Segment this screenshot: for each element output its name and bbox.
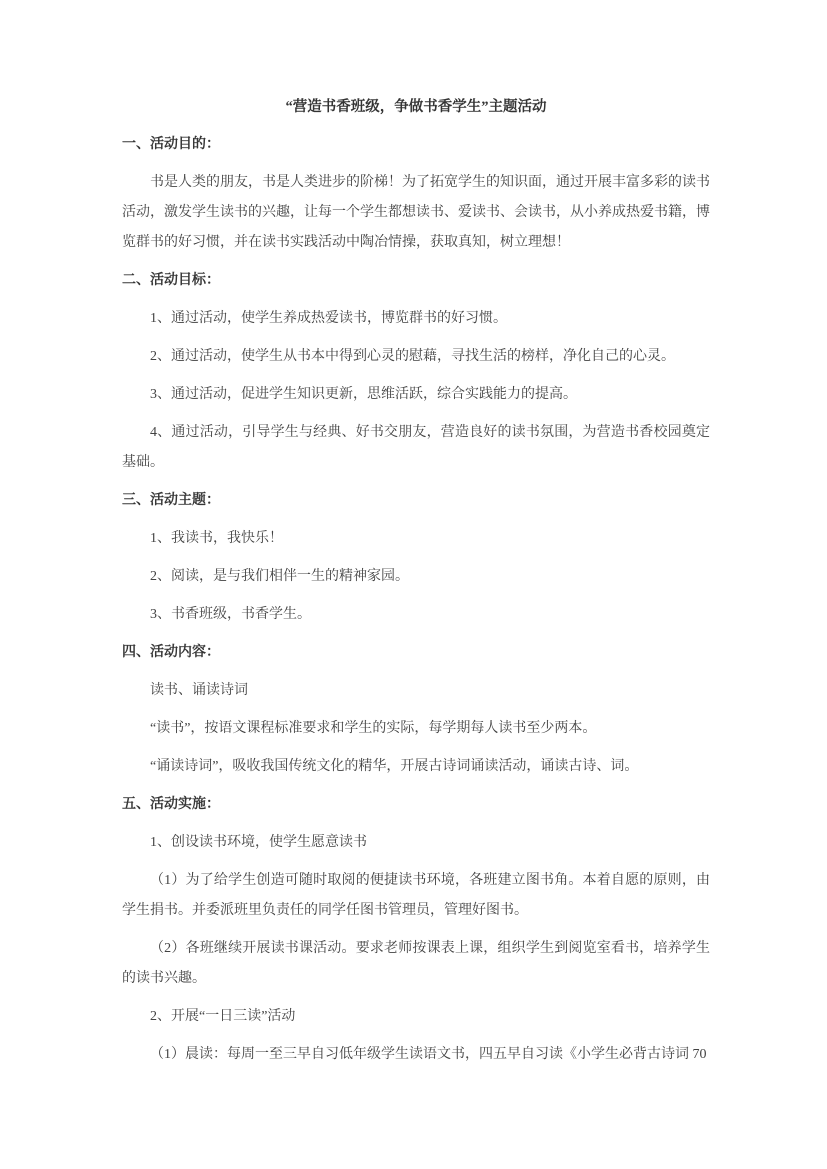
section-heading: 三、活动主题： xyxy=(122,486,710,516)
document-page: “营造书香班级，争做书香学生”主题活动 一、活动目的： 书是人类的朋友，书是人类… xyxy=(0,0,827,1169)
section-heading: 四、活动内容： xyxy=(122,638,710,668)
section-heading: 五、活动实施： xyxy=(122,790,710,820)
section-heading: 一、活动目的： xyxy=(122,130,710,160)
section-activity-content: 四、活动内容： 读书、诵读诗词 “读书”，按语文课程标准要求和学生的实际，每学期… xyxy=(122,638,710,782)
list-item: （2）各班继续开展读书课活动。要求老师按课表上课，组织学生到阅览室看书，培养学生… xyxy=(122,934,710,994)
paragraph: “诵读诗词”，吸收我国传统文化的精华，开展古诗词诵读活动，诵读古诗、词。 xyxy=(122,752,710,782)
list-item: 2、开展“一日三读”活动 xyxy=(122,1002,710,1032)
paragraph: 书是人类的朋友，书是人类进步的阶梯！为了拓宽学生的知识面，通过开展丰富多彩的读书… xyxy=(122,168,710,258)
list-item: 1、创设读书环境，使学生愿意读书 xyxy=(122,828,710,858)
section-activity-theme: 三、活动主题： 1、我读书，我快乐！ 2、阅读，是与我们相伴一生的精神家园。 3… xyxy=(122,486,710,630)
paragraph: “读书”，按语文课程标准要求和学生的实际，每学期每人读书至少两本。 xyxy=(122,714,710,744)
section-activity-purpose: 一、活动目的： 书是人类的朋友，书是人类进步的阶梯！为了拓宽学生的知识面，通过开… xyxy=(122,130,710,258)
list-item: 4、通过活动，引导学生与经典、好书交朋友，营造良好的读书氛围，为营造书香校园奠定… xyxy=(122,418,710,478)
list-item: 3、书香班级，书香学生。 xyxy=(122,600,710,630)
section-heading: 二、活动目标： xyxy=(122,266,710,296)
paragraph: 读书、诵读诗词 xyxy=(122,676,710,706)
list-item: 2、阅读，是与我们相伴一生的精神家园。 xyxy=(122,562,710,592)
list-item: 1、通过活动，使学生养成热爱读书，博览群书的好习惯。 xyxy=(122,304,710,334)
list-item: （1）晨读：每周一至三早自习低年级学生读语文书，四五早自习读《小学生必背古诗词 … xyxy=(122,1040,710,1070)
list-item: 2、通过活动，使学生从书本中得到心灵的慰藉，寻找生活的榜样，净化自己的心灵。 xyxy=(122,342,710,372)
document-title: “营造书香班级，争做书香学生”主题活动 xyxy=(122,92,710,122)
list-item: 1、我读书，我快乐！ xyxy=(122,524,710,554)
section-activity-goals: 二、活动目标： 1、通过活动，使学生养成热爱读书，博览群书的好习惯。 2、通过活… xyxy=(122,266,710,478)
section-activity-implementation: 五、活动实施： 1、创设读书环境，使学生愿意读书 （1）为了给学生创造可随时取阅… xyxy=(122,790,710,1070)
list-item: 3、通过活动，促进学生知识更新，思维活跃，综合实践能力的提高。 xyxy=(122,380,710,410)
list-item: （1）为了给学生创造可随时取阅的便捷读书环境，各班建立图书角。本着自愿的原则，由… xyxy=(122,866,710,926)
